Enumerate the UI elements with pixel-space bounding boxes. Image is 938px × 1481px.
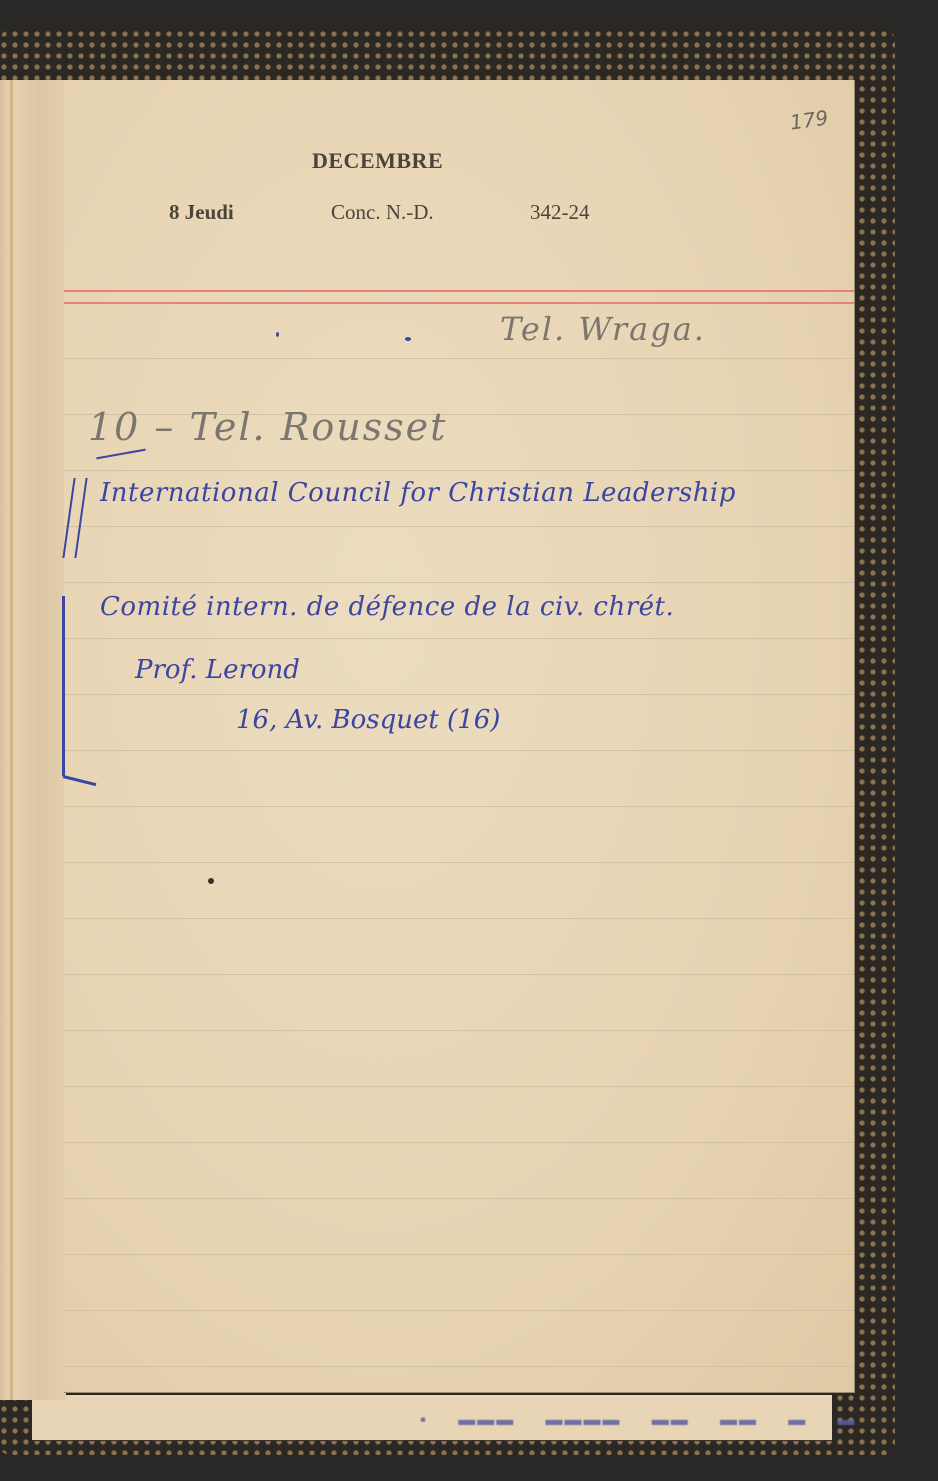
ruled-line [64, 694, 854, 695]
ruled-line [64, 1366, 854, 1367]
ink-speck [276, 332, 279, 337]
ruled-line [64, 974, 854, 975]
ink-note-council: International Council for Christian Lead… [100, 478, 736, 508]
ruled-line [64, 1310, 854, 1311]
pencil-note-wraga: Tel. Wraga. [500, 310, 706, 348]
ruled-line [64, 750, 854, 751]
ruled-line [64, 470, 854, 471]
ruled-line [64, 1198, 854, 1199]
ruled-line [64, 638, 854, 639]
ruled-line [64, 806, 854, 807]
day-label: 8 Jeudi [169, 200, 234, 225]
ink-note-address: 16, Av. Bosquet (16) [236, 705, 500, 735]
bleed-through-text: ▪ ▬▬▬ ▬▬▬▬ ▬▬ ▬▬ ▬ ▬ [420, 1410, 857, 1430]
month-heading: DECEMBRE [312, 148, 443, 174]
ruled-line [64, 862, 854, 863]
ruled-line [64, 582, 854, 583]
ruled-line [64, 1254, 854, 1255]
feast-label: Conc. N.-D. [331, 200, 434, 225]
ruled-line [64, 1142, 854, 1143]
ruled-line [64, 1030, 854, 1031]
ruled-line [64, 526, 854, 527]
left-page-edge [0, 80, 66, 1400]
ruled-line [64, 1086, 854, 1087]
diary-page: DECEMBRE 8 Jeudi Conc. N.-D. 342-24 [64, 80, 855, 1393]
ruled-line [64, 358, 854, 359]
red-rule-bottom [64, 302, 854, 304]
ink-note-professor: Prof. Lerond [135, 655, 300, 685]
day-count: 342-24 [530, 200, 590, 225]
ink-note-comite: Comité intern. de défence de la civ. chr… [100, 592, 674, 622]
pencil-note-rousset: 10 – Tel. Rousset [88, 405, 447, 449]
margin-bracket [62, 596, 95, 776]
ink-speck [405, 337, 411, 341]
red-rule-top [64, 290, 854, 292]
ruled-line [64, 918, 854, 919]
paper-speck [208, 878, 214, 884]
